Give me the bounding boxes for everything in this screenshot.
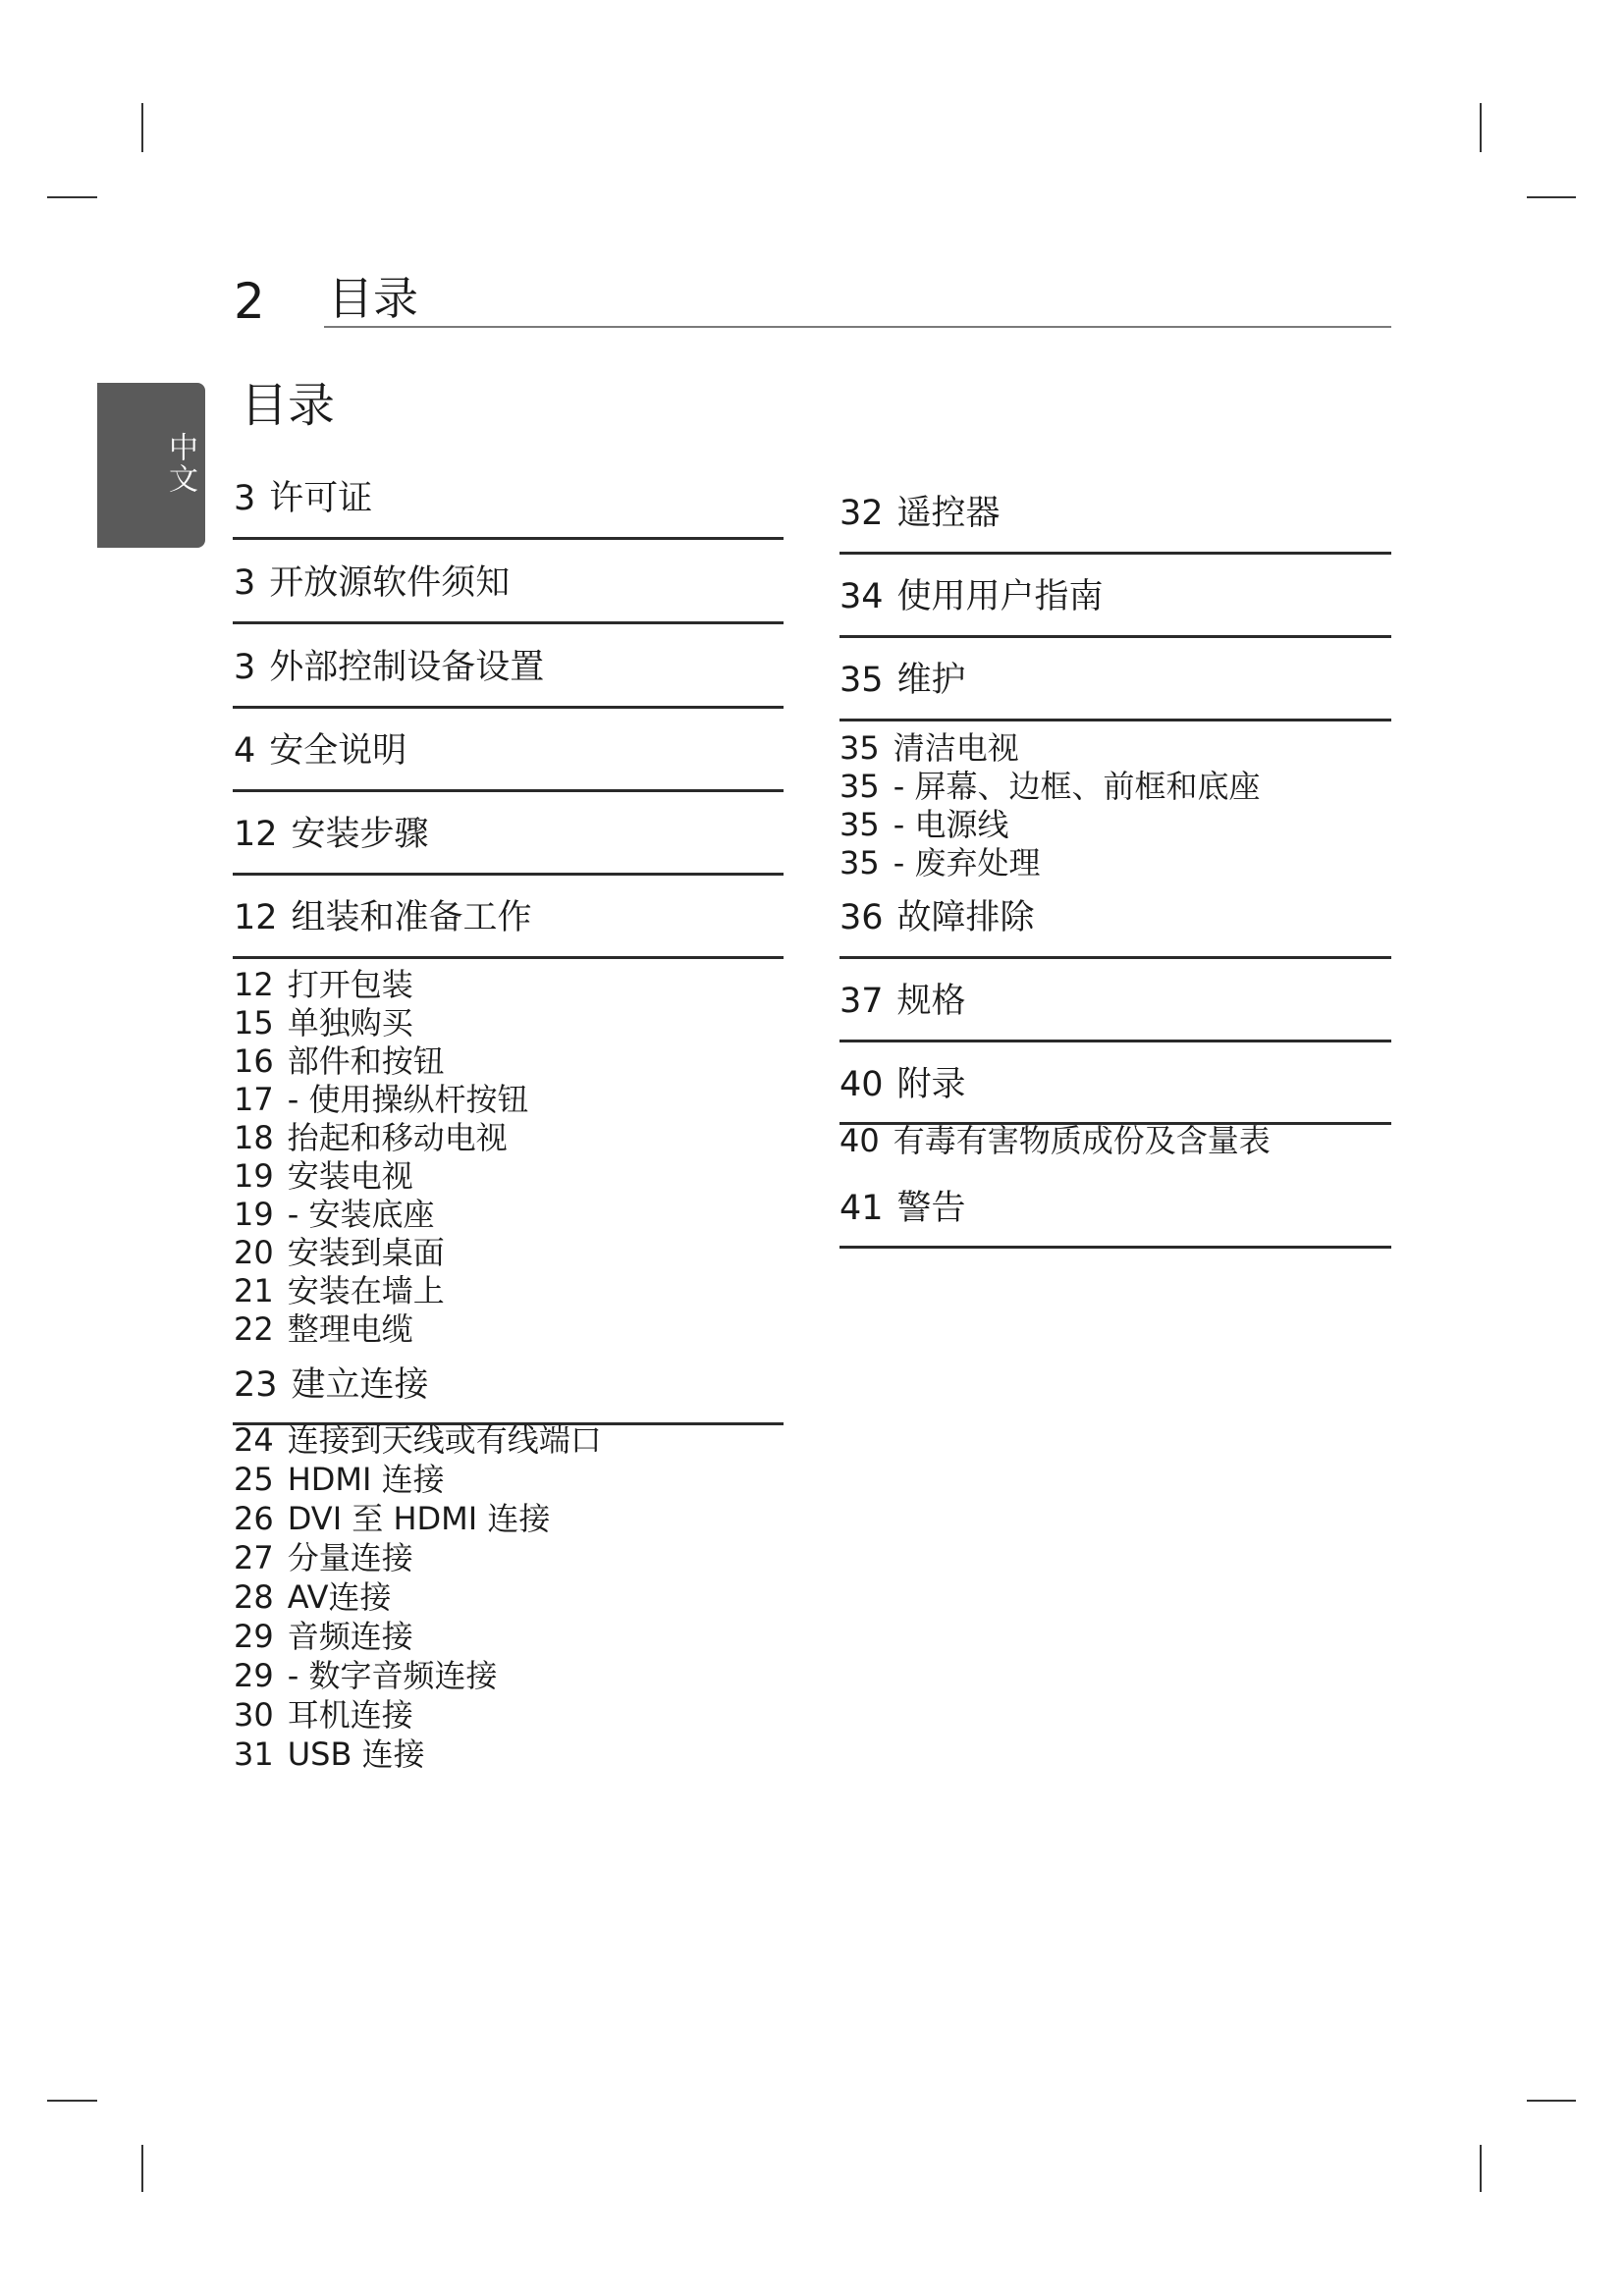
toc-item[interactable]: 35- 废弃处理 (839, 845, 1040, 881)
section-divider (839, 719, 1391, 721)
toc-page-number: 30 (234, 1697, 274, 1733)
toc-page-number: 35 (839, 769, 880, 804)
toc-item[interactable]: 27分量连接 (234, 1540, 413, 1575)
toc-item-title: 清洁电视 (893, 729, 1019, 767)
toc-section-title: 维护 (897, 661, 966, 700)
toc-page-number: 22 (234, 1311, 274, 1347)
toc-item-title: 抬起和移动电视 (288, 1119, 508, 1156)
section-divider (233, 537, 784, 540)
toc-section[interactable]: 23建立连接 (234, 1366, 429, 1404)
crop-mark-top-left-horizontal (47, 196, 97, 198)
toc-page-number: 12 (234, 967, 274, 1002)
section-divider (839, 635, 1391, 638)
toc-item-title: - 数字音频连接 (288, 1657, 498, 1694)
toc-item-title: 整理电缆 (288, 1310, 413, 1348)
toc-page-number: 37 (839, 983, 884, 1020)
toc-item-title: 分量连接 (288, 1539, 413, 1576)
toc-page-number: 27 (234, 1540, 274, 1575)
toc-page-number: 20 (234, 1235, 274, 1270)
toc-item[interactable]: 12打开包装 (234, 967, 413, 1002)
toc-item[interactable]: 35- 电源线 (839, 807, 1008, 842)
toc-page-number: 35 (839, 730, 880, 766)
toc-section[interactable]: 40附录 (839, 1066, 966, 1103)
toc-item[interactable]: 22整理电缆 (234, 1311, 413, 1347)
toc-item[interactable]: 25HDMI 连接 (234, 1462, 445, 1497)
toc-item-title: - 安装底座 (288, 1196, 435, 1233)
crop-mark-bottom-right-vertical (1480, 2145, 1482, 2192)
toc-item-title: DVI 至 HDMI 连接 (288, 1500, 551, 1537)
toc-item[interactable]: 31USB 连接 (234, 1736, 425, 1772)
toc-item[interactable]: 19安装电视 (234, 1158, 413, 1194)
crop-mark-bottom-right-horizontal (1527, 2100, 1576, 2102)
section-divider (839, 552, 1391, 555)
toc-section-title: 故障排除 (897, 898, 1035, 937)
section-divider (233, 873, 784, 876)
toc-section[interactable]: 32遥控器 (839, 495, 1001, 532)
toc-page-number: 29 (234, 1619, 274, 1654)
toc-section[interactable]: 12组装和准备工作 (234, 899, 532, 936)
toc-item-title: 安装电视 (288, 1157, 413, 1195)
running-header-title: 目录 (328, 275, 418, 322)
toc-item-title: - 废弃处理 (893, 844, 1041, 881)
toc-item[interactable]: 29- 数字音频连接 (234, 1658, 497, 1693)
toc-title: 目录 (241, 379, 335, 432)
crop-mark-top-right-horizontal (1527, 196, 1576, 198)
toc-page-number: 28 (234, 1579, 274, 1615)
toc-page-number: 24 (234, 1422, 274, 1458)
toc-page-number: 3 (234, 564, 255, 602)
toc-section[interactable]: 36故障排除 (839, 899, 1035, 936)
toc-item[interactable]: 30耳机连接 (234, 1697, 413, 1733)
toc-item[interactable]: 40有毒有害物质成份及含量表 (839, 1123, 1271, 1158)
toc-section[interactable]: 3外部控制设备设置 (234, 649, 544, 686)
toc-section-title: 建立连接 (292, 1365, 429, 1405)
toc-section-title: 遥控器 (897, 494, 1001, 533)
toc-item[interactable]: 24连接到天线或有线端口 (234, 1422, 602, 1458)
toc-item-title: - 使用操纵杆按钮 (288, 1081, 529, 1118)
toc-page-number: 35 (839, 845, 880, 881)
toc-item-title: 安装在墙上 (288, 1272, 445, 1309)
toc-item[interactable]: 35- 屏幕、边框、前框和底座 (839, 769, 1260, 804)
toc-page-number: 29 (234, 1658, 274, 1693)
toc-page-number: 3 (234, 649, 255, 686)
section-divider (233, 621, 784, 624)
toc-item[interactable]: 29音频连接 (234, 1619, 413, 1654)
toc-item-title: AV连接 (288, 1578, 392, 1616)
crop-mark-bottom-left-horizontal (47, 2100, 97, 2102)
section-divider (233, 789, 784, 792)
header-divider (324, 326, 1391, 328)
toc-item[interactable]: 15单独购买 (234, 1005, 413, 1041)
toc-item-title: - 电源线 (893, 806, 1009, 843)
toc-item[interactable]: 16部件和按钮 (234, 1043, 445, 1079)
toc-page-number: 40 (839, 1123, 880, 1158)
toc-section-title: 安全说明 (269, 731, 406, 771)
toc-section-title: 外部控制设备设置 (269, 648, 544, 687)
toc-page-number: 25 (234, 1462, 274, 1497)
toc-item-title: 部件和按钮 (288, 1042, 445, 1080)
toc-section[interactable]: 4安全说明 (234, 732, 406, 770)
toc-page-number: 35 (839, 807, 880, 842)
toc-page-number: 40 (839, 1066, 884, 1103)
toc-section-title: 许可证 (269, 479, 372, 518)
toc-item-title: - 屏幕、边框、前框和底座 (893, 768, 1261, 805)
toc-item-title: 单独购买 (288, 1004, 413, 1041)
toc-section-title: 使用用户指南 (897, 577, 1104, 616)
section-divider (839, 1040, 1391, 1042)
toc-page-number: 18 (234, 1120, 274, 1155)
toc-section[interactable]: 3开放源软件须知 (234, 564, 510, 602)
crop-mark-bottom-left-vertical (141, 2145, 143, 2192)
toc-section[interactable]: 37规格 (839, 983, 966, 1020)
crop-mark-top-left-vertical (141, 103, 143, 152)
toc-section-title: 附录 (897, 1065, 966, 1104)
toc-item[interactable]: 28AV连接 (234, 1579, 391, 1615)
toc-item[interactable]: 20安装到桌面 (234, 1235, 445, 1270)
toc-item-title: 耳机连接 (288, 1696, 413, 1734)
toc-item[interactable]: 17- 使用操纵杆按钮 (234, 1082, 528, 1117)
toc-section-title: 组装和准备工作 (292, 898, 532, 937)
toc-item[interactable]: 21安装在墙上 (234, 1273, 445, 1308)
toc-section-title: 规格 (897, 982, 966, 1021)
language-tab-label: 中文 (165, 432, 194, 495)
toc-item-title: 安装到桌面 (288, 1234, 445, 1271)
section-divider (233, 706, 784, 709)
toc-page-number: 12 (234, 816, 278, 853)
toc-page-number: 3 (234, 480, 255, 517)
toc-page-number: 36 (839, 899, 884, 936)
section-divider (839, 956, 1391, 959)
toc-page-number: 34 (839, 578, 884, 615)
toc-item-title: USB 连接 (288, 1735, 425, 1773)
section-divider (839, 1246, 1391, 1249)
toc-page-number: 17 (234, 1082, 274, 1117)
toc-page-number: 16 (234, 1043, 274, 1079)
crop-mark-top-right-vertical (1480, 103, 1482, 152)
toc-item[interactable]: 26DVI 至 HDMI 连接 (234, 1501, 550, 1536)
toc-page-number: 35 (839, 662, 884, 699)
toc-page-number: 32 (839, 495, 884, 532)
toc-section[interactable]: 41警告 (839, 1190, 966, 1227)
toc-section-title: 开放源软件须知 (269, 563, 510, 603)
toc-page-number: 12 (234, 899, 278, 936)
toc-page-number: 15 (234, 1005, 274, 1041)
toc-page-number: 31 (234, 1736, 274, 1772)
toc-section-title: 安装步骤 (292, 815, 429, 854)
toc-page-number: 19 (234, 1158, 274, 1194)
toc-page-number: 19 (234, 1197, 274, 1232)
toc-page-number: 4 (234, 732, 255, 770)
toc-page-number: 21 (234, 1273, 274, 1308)
toc-item-title: 音频连接 (288, 1618, 413, 1655)
toc-item-title: 打开包装 (288, 966, 413, 1003)
page-number: 2 (234, 277, 265, 326)
section-divider (233, 956, 784, 959)
toc-page-number: 26 (234, 1501, 274, 1536)
toc-item[interactable]: 18抬起和移动电视 (234, 1120, 508, 1155)
toc-section-title: 警告 (897, 1189, 966, 1228)
toc-section[interactable]: 12安装步骤 (234, 816, 429, 853)
toc-section[interactable]: 34使用用户指南 (839, 578, 1104, 615)
toc-page-number: 23 (234, 1366, 278, 1404)
toc-item-title: 有毒有害物质成份及含量表 (893, 1122, 1271, 1159)
toc-section[interactable]: 3许可证 (234, 480, 372, 517)
toc-item[interactable]: 19- 安装底座 (234, 1197, 434, 1232)
toc-page-number: 41 (839, 1190, 884, 1227)
toc-item[interactable]: 35清洁电视 (839, 730, 1019, 766)
toc-item-title: 连接到天线或有线端口 (288, 1421, 602, 1459)
toc-item-title: HDMI 连接 (288, 1461, 445, 1498)
toc-section[interactable]: 35维护 (839, 662, 966, 699)
